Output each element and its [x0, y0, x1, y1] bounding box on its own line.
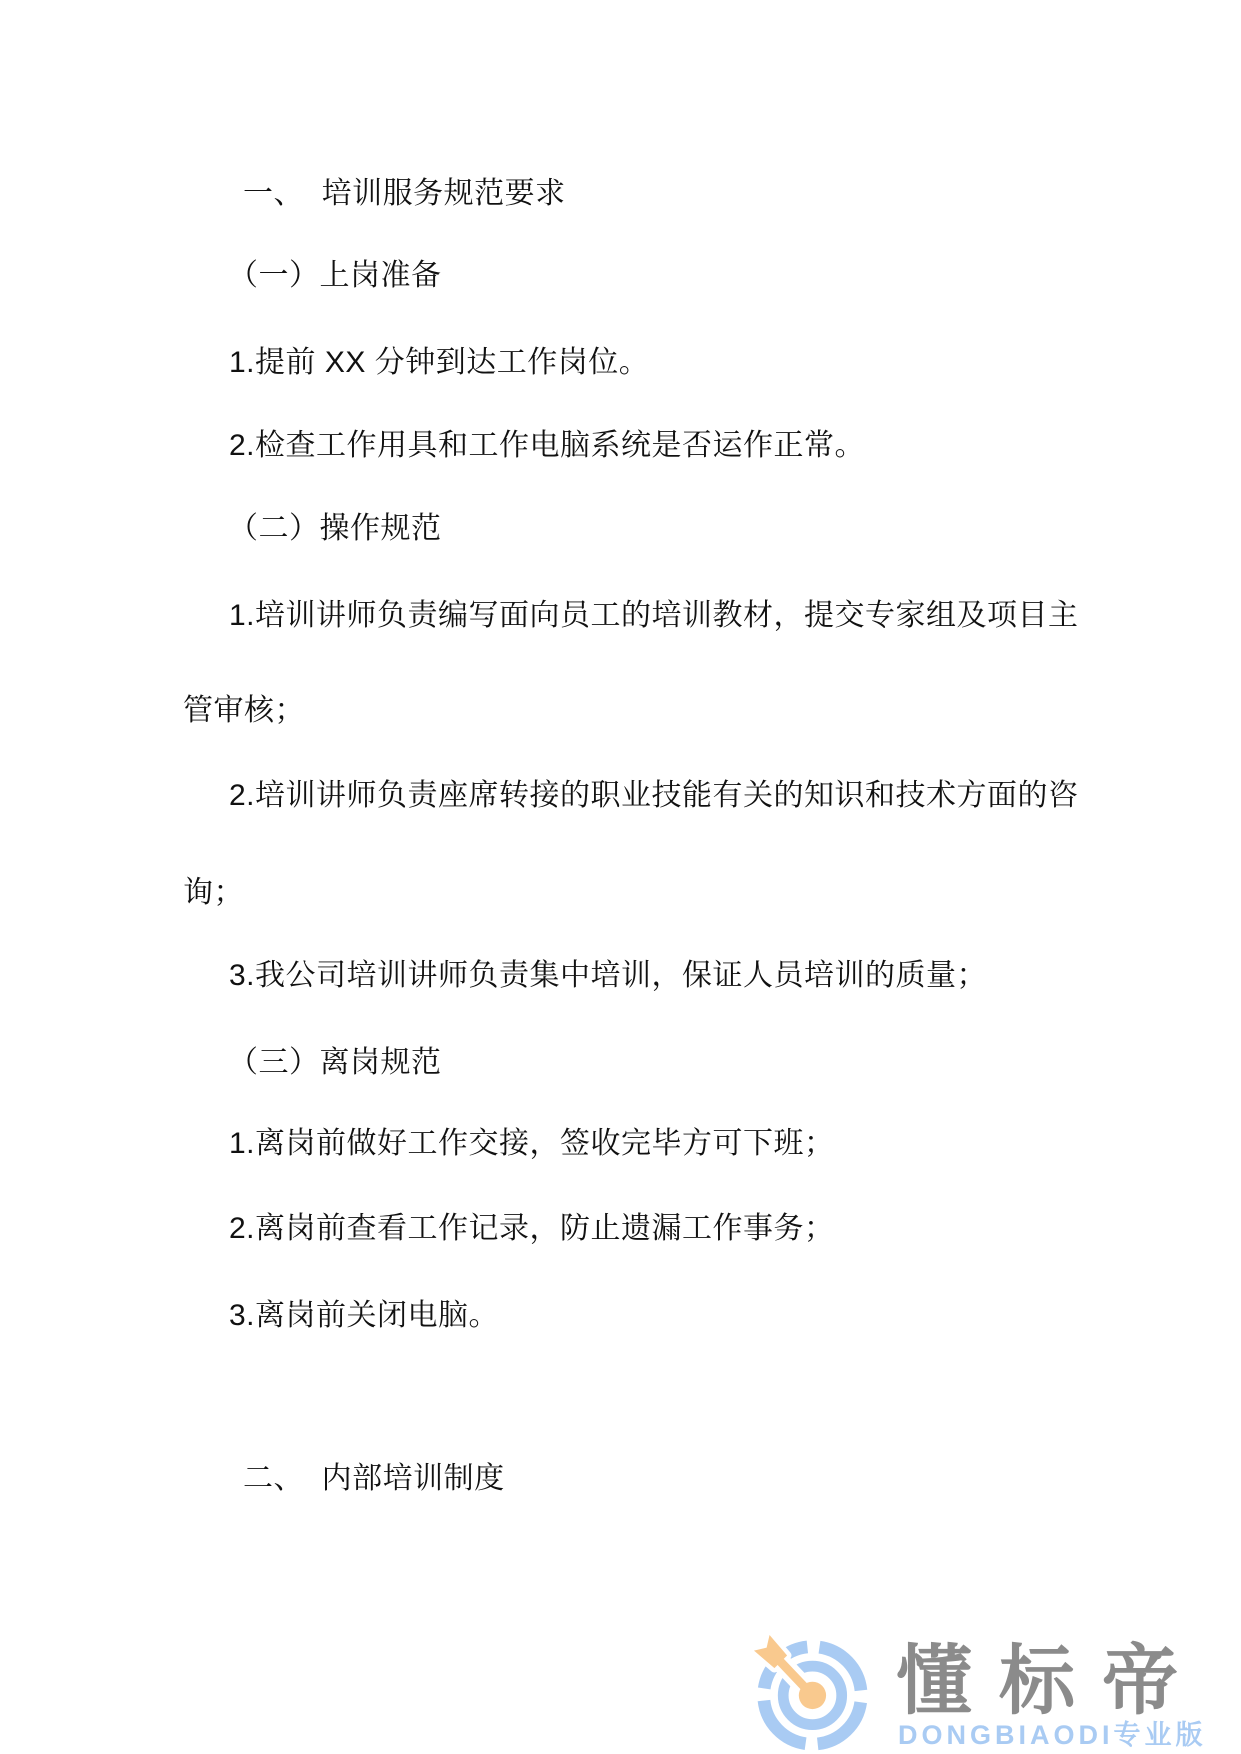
document-line: （三）离岗规范 — [228, 1041, 442, 1085]
watermark-brand-name: 懂标帝 — [896, 1644, 1205, 1720]
document-line: 一、 培训服务规范要求 — [243, 172, 566, 216]
document-line: 3.离岗前关闭电脑。 — [229, 1294, 499, 1338]
watermark: 懂标帝 DONGBIAODI专业版 — [750, 1630, 1220, 1754]
document-line: 2.检查工作用具和工作电脑系统是否运作正常。 — [229, 424, 865, 468]
document-line: （二）操作规范 — [228, 507, 442, 551]
document-line: 询； — [183, 871, 244, 915]
document-line: 2.培训讲师负责座席转接的职业技能有关的知识和技术方面的咨 — [229, 774, 1079, 818]
brand-logo-target-icon — [752, 1632, 869, 1752]
document-line: 1.提前 XX 分钟到达工作岗位。 — [229, 341, 649, 385]
document-line: 3.我公司培训讲师负责集中培训，保证人员培训的质量； — [229, 954, 987, 998]
document-line: 2.离岗前查看工作记录，防止遗漏工作事务； — [229, 1207, 835, 1251]
watermark-brand-subtitle: DONGBIAODI专业版 — [898, 1722, 1207, 1749]
document-line: 1.培训讲师负责编写面向员工的培训教材，提交专家组及项目主 — [229, 594, 1079, 638]
document-line: 管审核； — [183, 689, 305, 733]
document-line: （一）上岗准备 — [228, 254, 442, 298]
document-line: 1.离岗前做好工作交接，签收完毕方可下班； — [229, 1122, 835, 1166]
document-line: 二、 内部培训制度 — [243, 1457, 505, 1501]
document-page: 一、 培训服务规范要求（一）上岗准备1.提前 XX 分钟到达工作岗位。2.检查工… — [0, 0, 1241, 1754]
